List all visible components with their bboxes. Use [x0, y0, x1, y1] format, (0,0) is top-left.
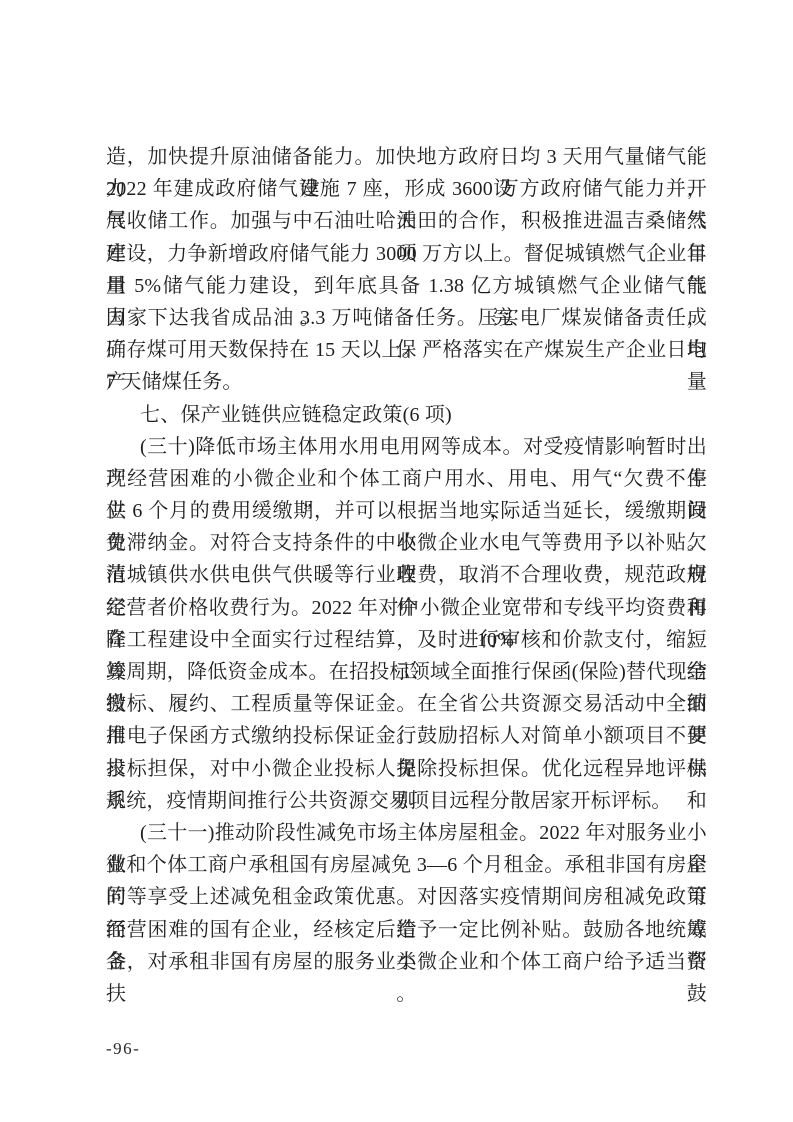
text-line: 气收储工作。加强与中石油吐哈油田的合作，积极推进温吉桑储气库项目	[106, 205, 707, 237]
text-line: 厂存煤可用天数保持在 15 天以上。严格落实在产煤炭生产企业日均产量	[106, 334, 707, 366]
text-line: 业和个体工商户承租国有房屋减免 3—6 个月租金。承租非国有房屋的可	[106, 849, 707, 881]
text-line: 立 6 个月的费用缓缴期，并可以根据当地实际适当延长，缓缴期间免收欠	[106, 495, 707, 527]
text-line: 产经营困难的小微企业和个体工商户用水、用电、用气“欠费不停供”，设	[106, 463, 707, 495]
document-page: 造，加快提升原油储备能力。加快地方政府日均 3 天用气量储气能力建设，2022 …	[0, 0, 793, 1122]
text-line: 在工程建设中全面实行过程结算，及时进行审核和价款支付，缩短竣工结	[106, 624, 707, 656]
section-heading: 七、保产业链供应链稳定政策(6 项)	[106, 399, 707, 431]
text-line: 算周期，降低资金成本。在招投标领域全面推行保函(保险)替代现金缴纳	[106, 656, 707, 688]
text-line: 投标担保，对中小微企业投标人免除投标担保。优化远程异地评标规则和	[106, 753, 707, 785]
text-line: 金，对承租非国有房屋的服务业小微企业和个体工商户给予适当帮扶。鼓	[106, 946, 707, 978]
document-body: 造，加快提升原油储备能力。加快地方政府日均 3 天用气量储气能力建设，2022 …	[106, 141, 707, 978]
text-line: (三十)降低市场主体用水用电用网等成本。对受疫情影响暂时出现生	[106, 431, 707, 463]
text-line: 2022 年建成政府储气设施 7 座，形成 3600 万方政府储气能力并开展天然	[106, 173, 707, 205]
text-line: 投标、履约、工程质量等保证金。在全省公共资源交易活动中全面推行使	[106, 688, 707, 720]
text-line: 范城镇供水供电供气供暖等行业收费，取消不合理收费，规范政府定价和	[106, 559, 707, 591]
text-line: 建设，力争新增政府储气能力 3000 万方以上。督促城镇燃气企业年用气	[106, 238, 707, 270]
text-line: 国家下达我省成品油 3.3 万吨储备任务。压实电厂煤炭储备责任，确保电	[106, 302, 707, 334]
text-line: 用电子保函方式缴纳投标保证金。鼓励招标人对简单小额项目不要求提供	[106, 720, 707, 752]
text-line: 造，加快提升原油储备能力。加快地方政府日均 3 天用气量储气能力建设，	[106, 141, 707, 173]
text-line: 经营困难的国有企业，经核定后给予一定比例补贴。鼓励各地统筹各类资	[106, 914, 707, 946]
text-line: 同等享受上述减免租金政策优惠。对因落实疫情期间房租减免政策而造成	[106, 881, 707, 913]
text-line: 经营者价格收费行为。2022 年对中小微企业宽带和专线平均资费再降 10%。	[106, 592, 707, 624]
text-line: 量 5%储气能力建设，到年底具备 1.38 亿方城镇燃气企业储气能力。完成	[106, 270, 707, 302]
text-line: (三十一)推动阶段性减免市场主体房屋租金。2022 年对服务业小微企	[106, 817, 707, 849]
page-number: -96-	[106, 1038, 140, 1060]
text-line: 系统，疫情期间推行公共资源交易项目远程分散居家开标评标。	[106, 785, 707, 817]
text-line: 费滞纳金。对符合支持条件的中小微企业水电气等费用予以补贴。清理规	[106, 527, 707, 559]
